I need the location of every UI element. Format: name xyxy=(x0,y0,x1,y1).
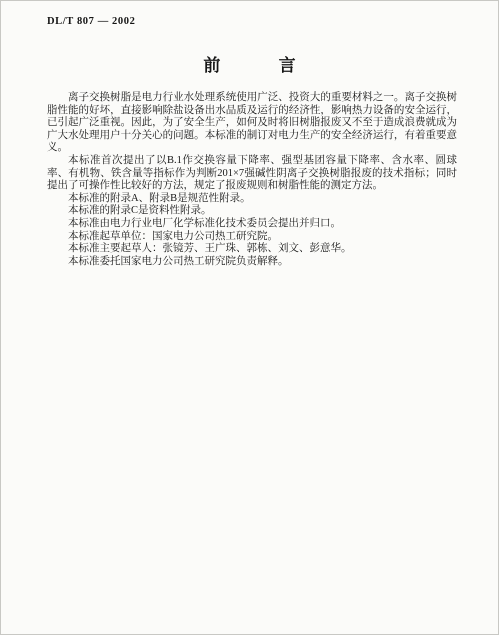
standard-number-header: DL/T 807 — 2002 xyxy=(47,16,135,27)
title-char-yan: 言 xyxy=(279,51,296,76)
foreword-paragraph: 离子交换树脂是电力行业水处理系统使用广泛、投资大的重要材料之一。离子交换树脂性能… xyxy=(47,92,457,155)
foreword-body: 离子交换树脂是电力行业水处理系统使用广泛、投资大的重要材料之一。离子交换树脂性能… xyxy=(47,92,457,268)
foreword-item-annex-ab: 本标准的附录A、附录B是规范性附录。 xyxy=(47,193,457,206)
document-page: DL/T 807 — 2002 前 言 离子交换树脂是电力行业水处理系统使用广泛… xyxy=(0,0,499,635)
foreword-item-proposed-by: 本标准由电力行业电厂化学标准化技术委员会提出并归口。 xyxy=(47,218,457,231)
foreword-item-drafters: 本标准主要起草人：张镜芳、王广珠、郭栋、刘文、彭意华。 xyxy=(47,243,457,256)
foreword-item-annex-c: 本标准的附录C是资料性附录。 xyxy=(47,205,457,218)
foreword-item-interpretation: 本标准委托国家电力公司热工研究院负责解释。 xyxy=(47,256,457,269)
title-char-qian: 前 xyxy=(203,51,220,76)
page-title: 前 言 xyxy=(1,51,498,76)
foreword-item-drafting-org: 本标准起草单位：国家电力公司热工研究院。 xyxy=(47,231,457,244)
foreword-paragraph: 本标准首次提出了以B.1作交换容量下降率、强型基团容量下降率、含水率、圆球率、有… xyxy=(47,155,457,193)
